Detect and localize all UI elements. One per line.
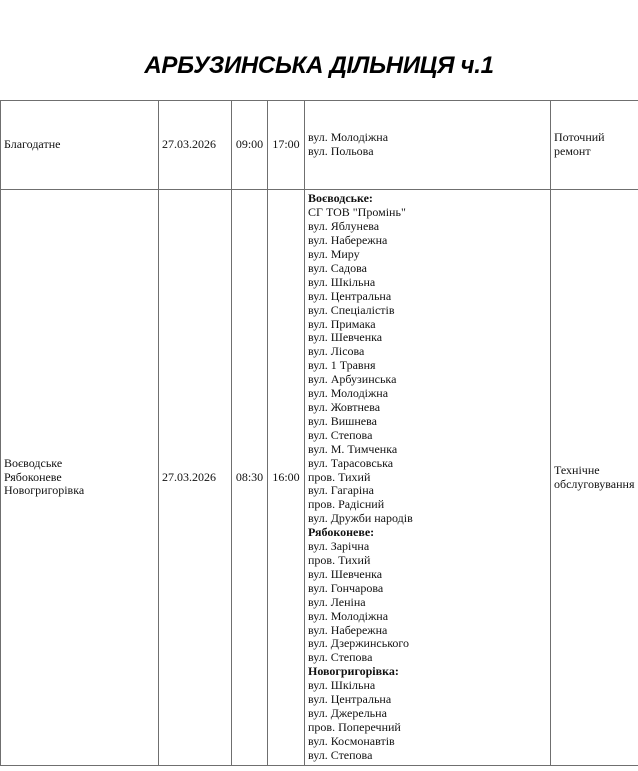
street-item: вул. Джерельна: [308, 707, 547, 721]
street-item: вул. Польова: [308, 145, 547, 159]
street-item: вул. Молодіжна: [308, 131, 547, 145]
street-item: вул. Зарічна: [308, 540, 547, 554]
street-item: вул. Набережна: [308, 624, 547, 638]
street-item: пров. Тихий: [308, 554, 547, 568]
time-from-cell: 09:00: [232, 101, 268, 190]
street-item: вул. Шевченка: [308, 331, 547, 345]
work-type-text: Технічне: [554, 464, 638, 478]
locality-name: Рябоконеве: [4, 471, 155, 485]
street-item: вул. Садова: [308, 262, 547, 276]
street-item: вул. Вишнева: [308, 415, 547, 429]
work-type-text: обслуговування: [554, 478, 638, 492]
street-item: вул. Набережна: [308, 234, 547, 248]
table-row: ВоєводськеРябоконевеНовогригорівка 27.03…: [1, 190, 638, 766]
street-item: вул. Лісова: [308, 345, 547, 359]
street-item: вул. Тарасовська: [308, 457, 547, 471]
street-item: вул. Степова: [308, 429, 547, 443]
street-item: вул. 1 Травня: [308, 359, 547, 373]
street-item: вул. Арбузинська: [308, 373, 547, 387]
locality-name: Новогригорівка: [4, 484, 155, 498]
work-type-cell: Технічнеобслуговування: [551, 190, 638, 766]
street-item: вул. Гончарова: [308, 582, 547, 596]
table-row: Благодатне 27.03.2026 09:00 17:00 вул. М…: [1, 101, 638, 190]
time-to-cell: 17:00: [268, 101, 305, 190]
street-item: вул. Степова: [308, 651, 547, 665]
village-heading: Новогригорівка:: [308, 665, 547, 679]
street-item: вул. Леніна: [308, 596, 547, 610]
time-from-cell: 08:30: [232, 190, 268, 766]
street-item: пров. Поперечний: [308, 721, 547, 735]
street-item: вул. Примака: [308, 318, 547, 332]
street-item: вул. Молодіжна: [308, 610, 547, 624]
street-item: вул. Дзержинського: [308, 637, 547, 651]
page-title: АРБУЗИНСЬКА ДІЛЬНИЦЯ ч.1: [0, 52, 638, 80]
street-item: вул. Шкільна: [308, 679, 547, 693]
streets-cell: Воєводське:СГ ТОВ "Промінь"вул. Яблунева…: [305, 190, 551, 766]
street-item: пров. Тихий: [308, 471, 547, 485]
locality-name: Благодатне: [4, 138, 155, 152]
street-item: вул. Шкільна: [308, 276, 547, 290]
street-item: вул. Спеціалістів: [308, 304, 547, 318]
street-item: вул. Космонавтів: [308, 735, 547, 749]
locality-cell: Благодатне: [1, 101, 159, 190]
locality-cell: ВоєводськеРябоконевеНовогригорівка: [1, 190, 159, 766]
street-item: вул. Центральна: [308, 290, 547, 304]
street-item: вул. Шевченка: [308, 568, 547, 582]
village-heading: Воєводське:: [308, 192, 547, 206]
street-item: вул. Яблунева: [308, 220, 547, 234]
outage-schedule-table: Благодатне 27.03.2026 09:00 17:00 вул. М…: [0, 100, 638, 766]
date-cell: 27.03.2026: [159, 190, 232, 766]
locality-name: Воєводське: [4, 457, 155, 471]
work-type-cell: Поточнийремонт: [551, 101, 638, 190]
date-cell: 27.03.2026: [159, 101, 232, 190]
street-item: вул. Жовтнева: [308, 401, 547, 415]
streets-cell: вул. Молодіжнавул. Польова: [305, 101, 551, 190]
street-item: СГ ТОВ "Промінь": [308, 206, 547, 220]
street-item: вул. М. Тимченка: [308, 443, 547, 457]
street-item: вул. Центральна: [308, 693, 547, 707]
street-item: пров. Радісний: [308, 498, 547, 512]
time-to-cell: 16:00: [268, 190, 305, 766]
street-item: вул. Дружби народів: [308, 512, 547, 526]
street-item: вул. Молодіжна: [308, 387, 547, 401]
village-heading: Рябоконеве:: [308, 526, 547, 540]
work-type-text: Поточний: [554, 131, 638, 145]
street-item: вул. Гагаріна: [308, 484, 547, 498]
street-item: вул. Степова: [308, 749, 547, 763]
street-item: вул. Миру: [308, 248, 547, 262]
work-type-text: ремонт: [554, 145, 638, 159]
